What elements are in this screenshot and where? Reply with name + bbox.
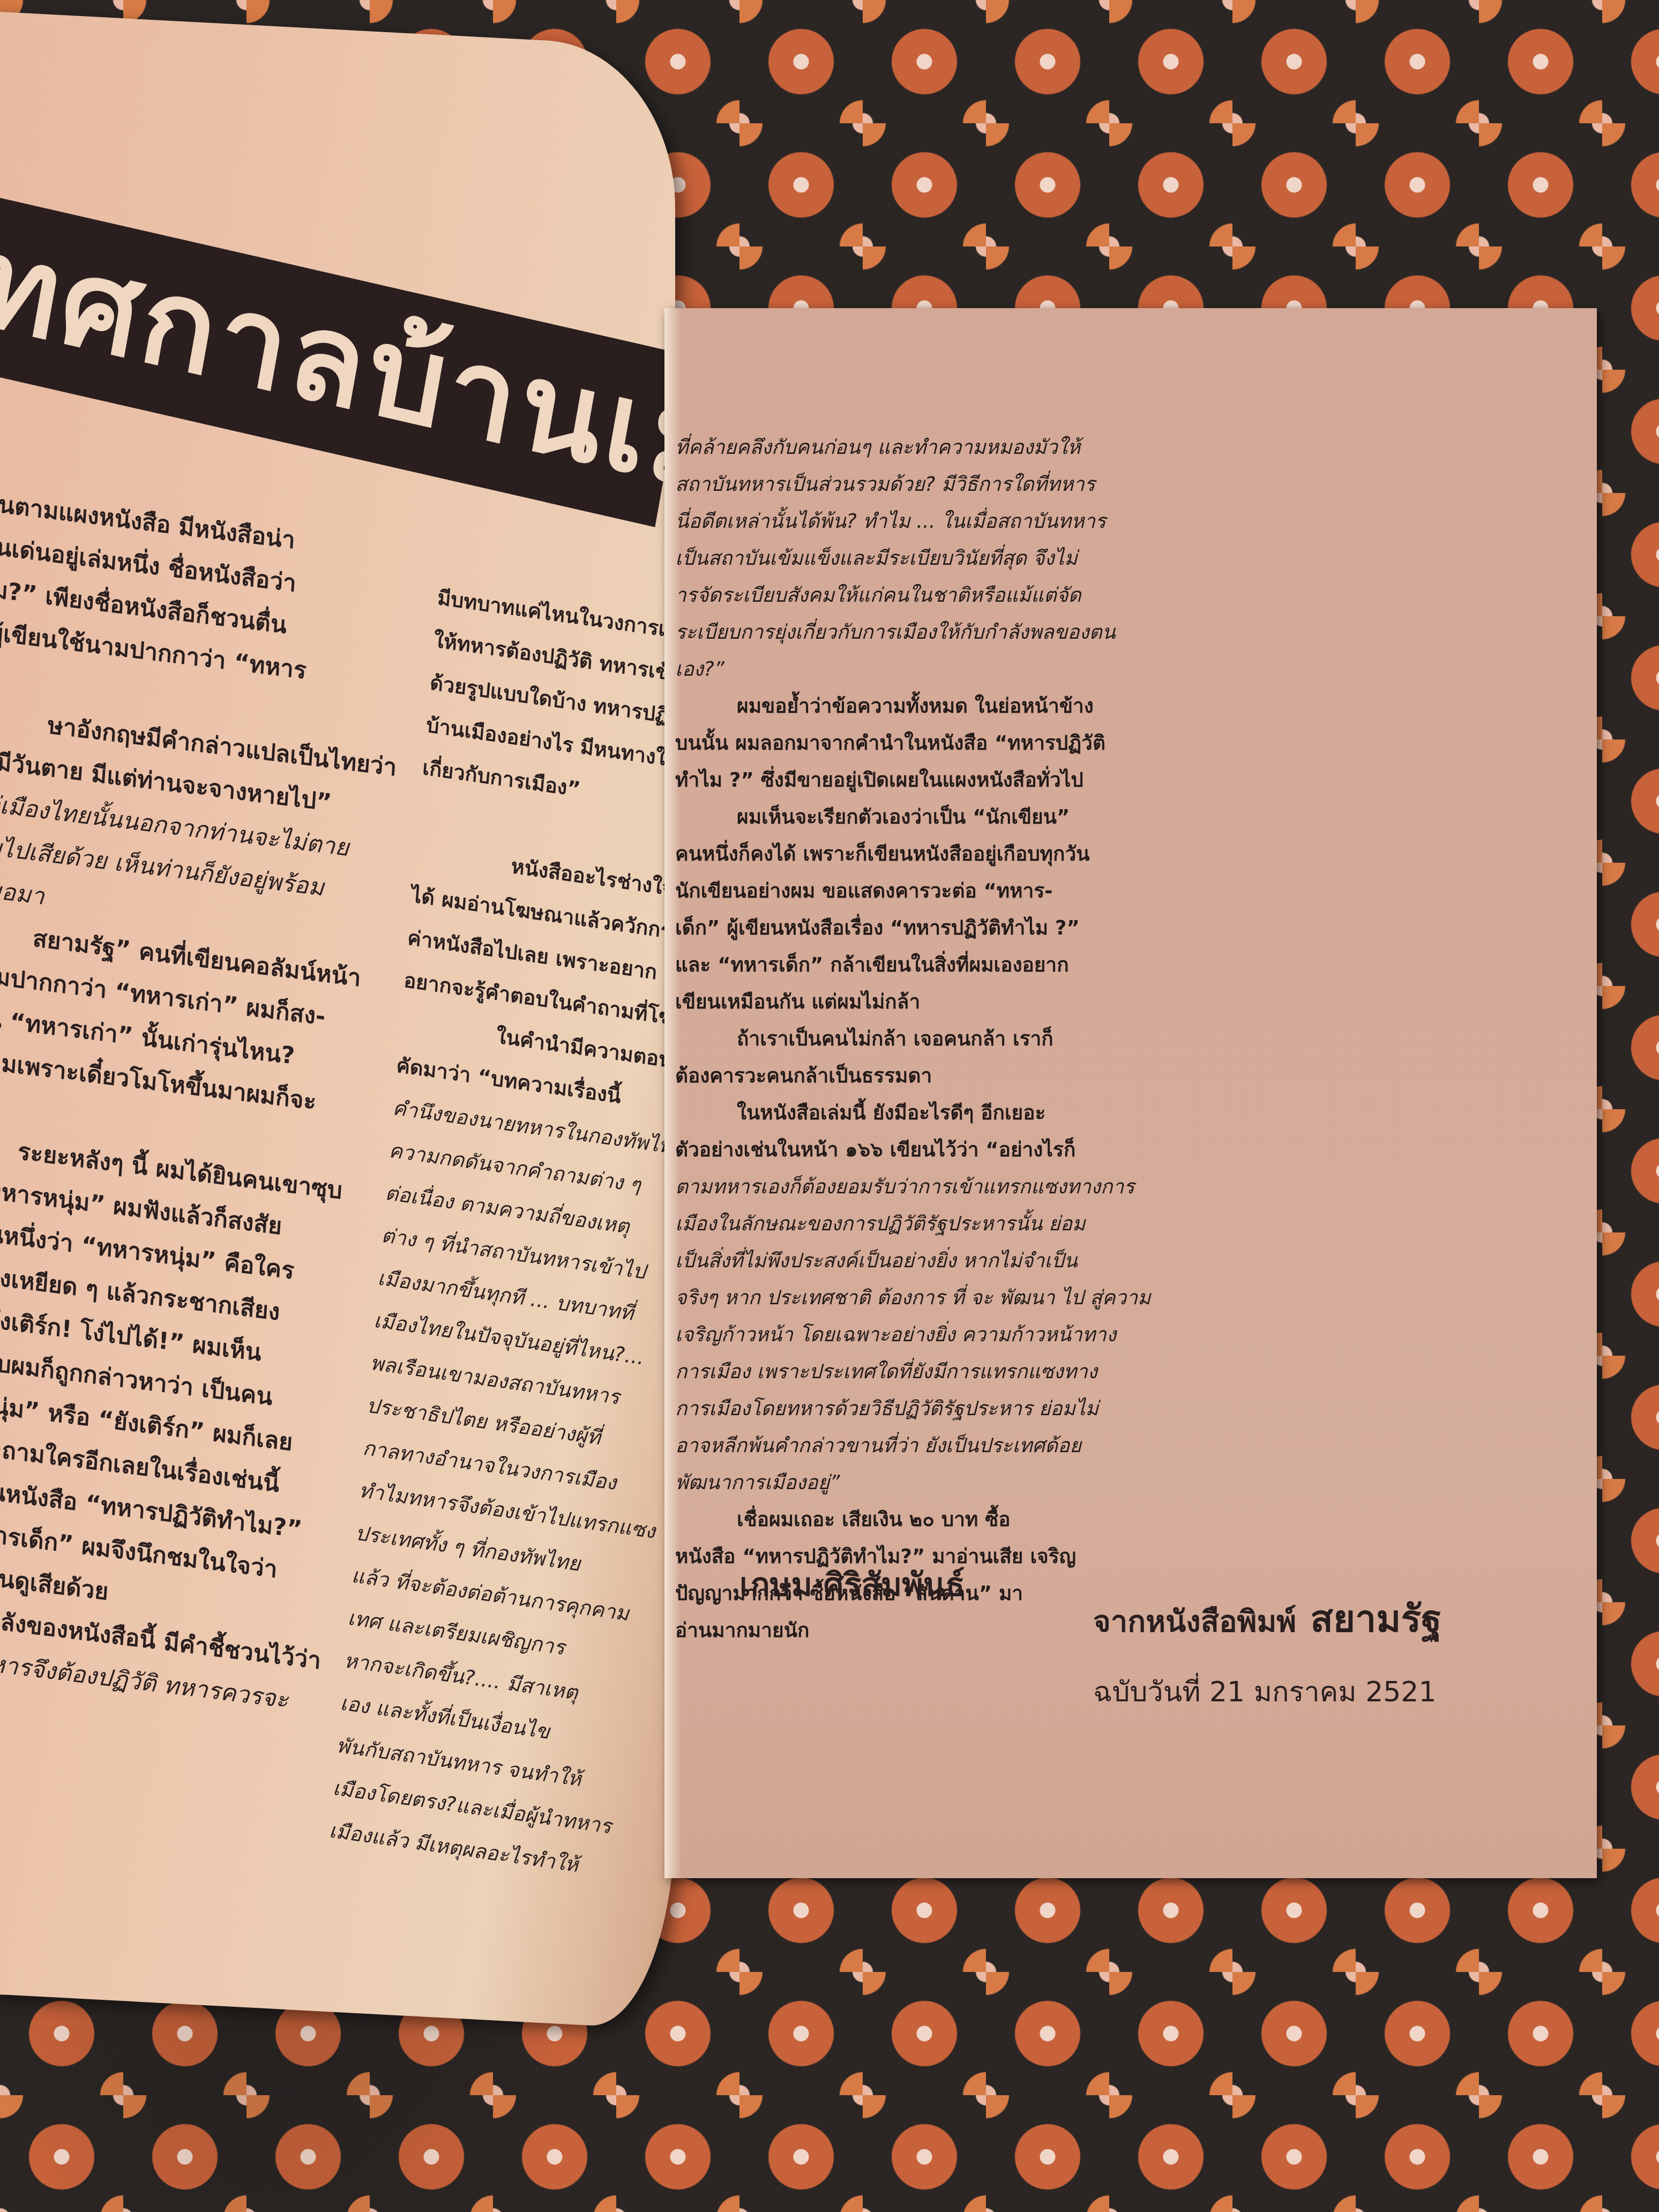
- text-line: พัฒนาการเมืองอยู่”: [675, 1464, 1082, 1501]
- text-line: เอง?”: [675, 651, 1082, 687]
- text-line: เป็นสิ่งที่ไม่พึงประสงค์เป็นอย่างยิ่ง หา…: [675, 1242, 1082, 1279]
- text-line: ตามทหารเองก็ต้องยอมรับว่าการเข้าแทรกแซงท…: [675, 1168, 1082, 1205]
- text-line: การเมืองโดยทหารด้วยวิธีปฏิวัติรัฐประหาร …: [675, 1390, 1082, 1427]
- text-line: และ “ทหารเด็ก” กล้าเขียนในสิ่งที่ผมเองอย…: [675, 946, 1082, 983]
- text-line: บนนั้น ผมลอกมาจากคำนำในหนังสือ “ทหารปฏิว…: [675, 724, 1082, 761]
- left-column-a: นตามแผงหนังสือ มีหนังสือน่า นเด่นอยู่เล่…: [0, 483, 406, 1726]
- text-line: ผมเห็นจะเรียกตัวเองว่าเป็น “นักเขียน”: [675, 798, 1082, 835]
- text-line: คนหนึ่งก็คงได้ เพราะก็เขียนหนังสืออยู่เก…: [675, 835, 1082, 872]
- text-line: การเมือง เพราะประเทศใดที่ยังมีการแทรกแซง…: [675, 1353, 1082, 1390]
- text-line: ตัวอย่างเช่นในหน้า ๑๖๖ เขียนไว้ว่า “อย่า…: [675, 1131, 1082, 1168]
- text-line: เมืองในลักษณะของการปฏิวัติรัฐประหารนั้น …: [675, 1205, 1082, 1242]
- text-line: อ่านมากมายนัก: [675, 1612, 1082, 1649]
- text-line: ผมขอย้ำว่าข้อความทั้งหมด ในย่อหน้าข้าง: [675, 687, 1082, 724]
- text-line: ารจัดระเบียบสังคมให้แก่คนในชาติหรือแม้แต…: [675, 577, 1082, 614]
- text-line: จริงๆ หาก ประเทศชาติ ต้องการ ที่ จะ พัฒน…: [675, 1279, 1082, 1316]
- headline: ทศกาลบ้านเมือ: [0, 207, 675, 543]
- headline-banner: ทศกาลบ้านเมือ: [0, 193, 675, 527]
- text-line: ที่คล้ายคลึงกับคนก่อนๆ และทำความหมองมัวใ…: [675, 429, 1082, 466]
- text-line: เป็นสถาบันเข้มแข็งและมีระเบียบวินัยที่สุ…: [675, 540, 1082, 577]
- text-line: ทำไม ?” ซึ่งมีขายอยู่เปิดเผยในแผงหนังสือ…: [675, 761, 1082, 798]
- text-line: เชื่อผมเถอะ เสียเงิน ๒๐ บาท ซื้อ: [675, 1501, 1082, 1538]
- text-line: เด็ก” ผู้เขียนหนังสือเรื่อง “ทหารปฏิวัติ…: [675, 909, 1082, 946]
- newspaper-name: สยามรัฐ: [1310, 1597, 1441, 1641]
- right-column: ที่คล้ายคลึงกับคนก่อนๆ และทำความหมองมัวใ…: [675, 429, 1082, 1649]
- text-line: สถาบันทหารเป็นส่วนรวมด้วย? มีวิธีการใดที…: [675, 466, 1082, 503]
- text-line: ถ้าเราเป็นคนไม่กล้า เจอคนกล้า เราก็: [675, 1020, 1082, 1057]
- author-signature: เกษม ศิริสัมพันธ์: [739, 1559, 965, 1610]
- text-line: นี่อดีตเหล่านั้นได้พ้น? ทำไม ... ในเมื่อ…: [675, 503, 1082, 540]
- text-line: อาจหลีกพ้นคำกล่าวขานที่ว่า ยังเป็นประเทศ…: [675, 1427, 1082, 1464]
- text-line: ในหนังสือเล่มนี้ ยังมีอะไรดีๆ อีกเยอะ: [675, 1094, 1082, 1131]
- right-page: ที่คล้ายคลึงกับคนก่อนๆ และทำความหมองมัวใ…: [664, 308, 1597, 1878]
- text-line: เขียนเหมือนกัน แต่ผมไม่กล้า: [675, 983, 1082, 1020]
- left-page: ทศกาลบ้านเมือ นตามแผงหนังสือ มีหนังสือน่…: [0, 11, 675, 2030]
- source-credit: จากหนังสือพิมพ์สยามรัฐ: [1093, 1589, 1442, 1648]
- text-line: ระเบียบการยุ่งเกี่ยวกับการเมืองให้กับกำล…: [675, 614, 1082, 651]
- text-line: นักเขียนอย่างผม ขอแสดงคารวะต่อ “ทหาร-: [675, 872, 1082, 909]
- source-prefix: จากหนังสือพิมพ์: [1093, 1604, 1296, 1639]
- text-line: ต้องคารวะคนกล้าเป็นธรรมดา: [675, 1057, 1082, 1094]
- issue-date: ฉบับวันที่ 21 มกราคม 2521: [1093, 1669, 1437, 1714]
- text-line: เจริญก้าวหน้า โดยเฉพาะอย่างยิ่ง ความก้าว…: [675, 1316, 1082, 1353]
